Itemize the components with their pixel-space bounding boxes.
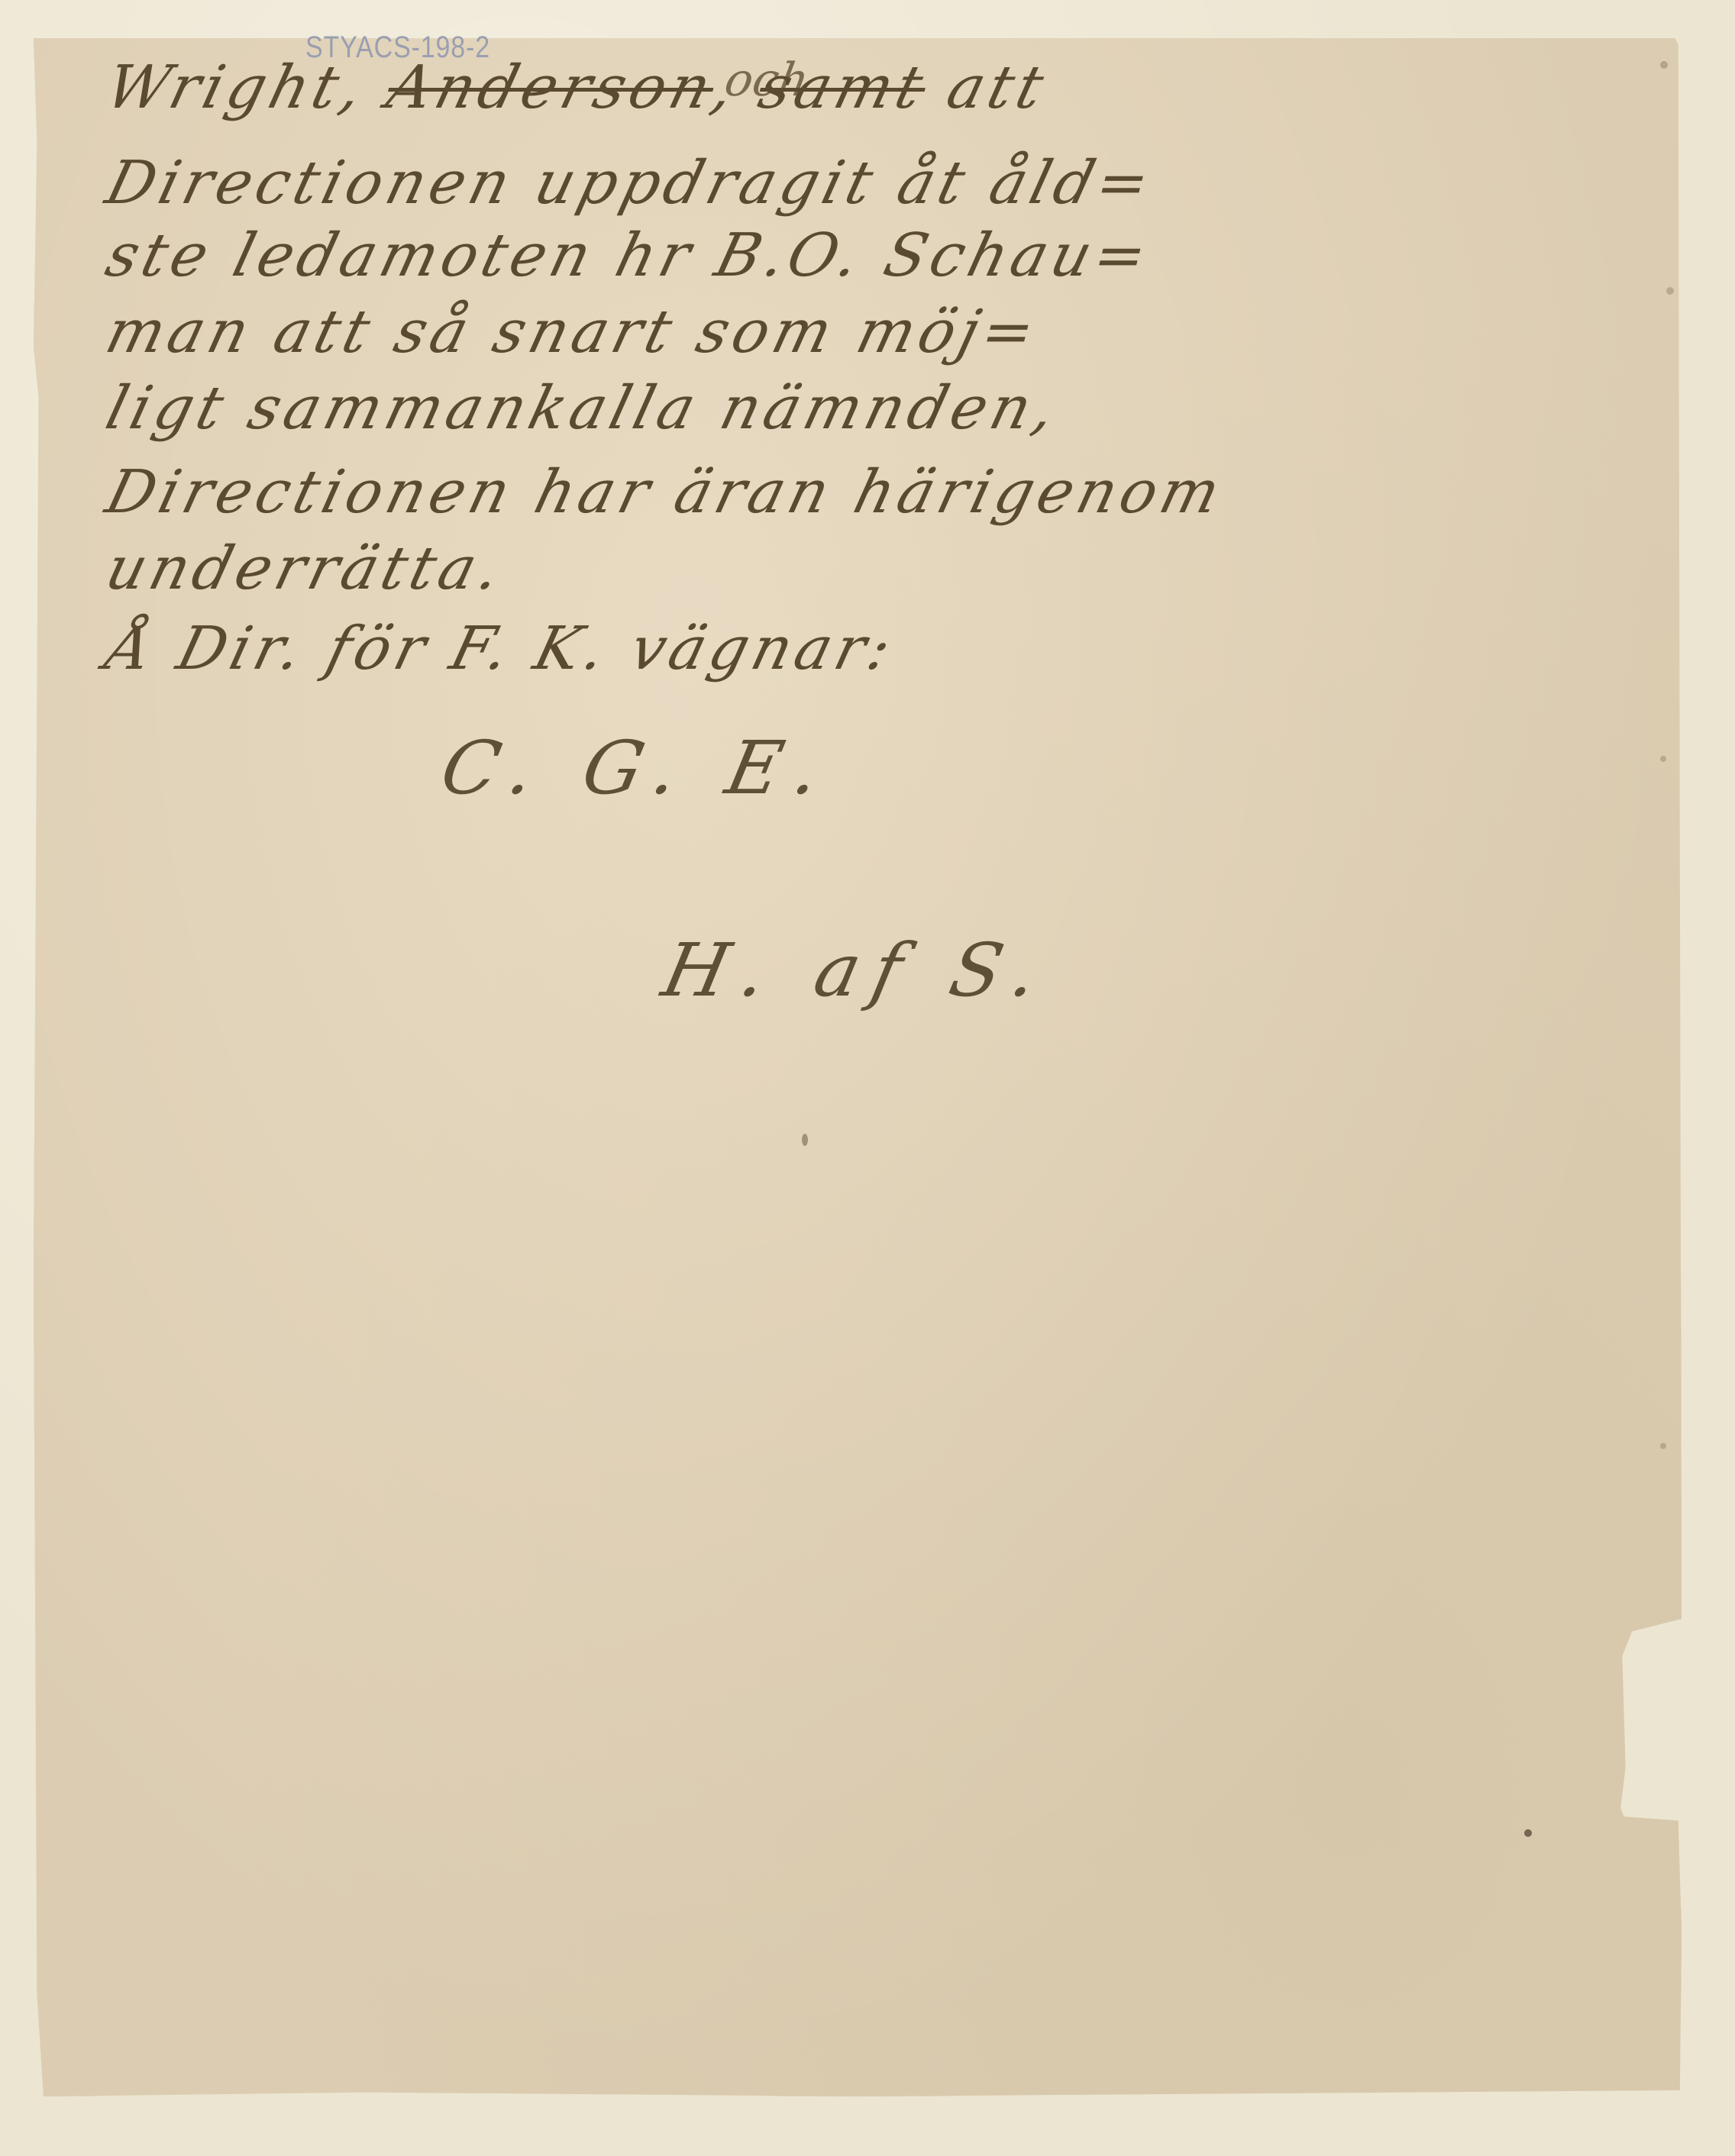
signature-initials-2: H. af S.	[655, 928, 1059, 1013]
letter-line-3: ste ledamoten hr B.O. Schau=	[99, 221, 1158, 290]
letter-line-5: ligt sammankalla nämnden,	[99, 374, 1067, 443]
struck-word: Anderson	[380, 53, 722, 122]
struck-word: samt	[752, 53, 934, 122]
letter-line-4: man att så snart som möj=	[99, 298, 1046, 366]
line-segment: att	[917, 53, 1055, 122]
paper-speck	[1666, 287, 1674, 295]
letter-line-7: underrätta.	[99, 534, 512, 603]
paper-speck	[1660, 756, 1666, 762]
paper-speck	[1524, 1829, 1532, 1837]
signature-initials-1: C. G. E.	[434, 725, 842, 811]
letter-line-1: Wright, Anderson, samt att	[99, 53, 1055, 122]
letter-line-2: Directionen uppdragit åt åld=	[99, 149, 1161, 218]
paper-speck	[802, 1134, 808, 1146]
line-segment: Wright,	[99, 53, 397, 122]
letter-line-8: Å Dir. för F. K. vägnar:	[99, 615, 902, 683]
paper-speck	[1660, 61, 1668, 69]
letter-line-6: Directionen har äran härigenom	[99, 458, 1231, 527]
paper-speck	[1660, 1443, 1666, 1449]
